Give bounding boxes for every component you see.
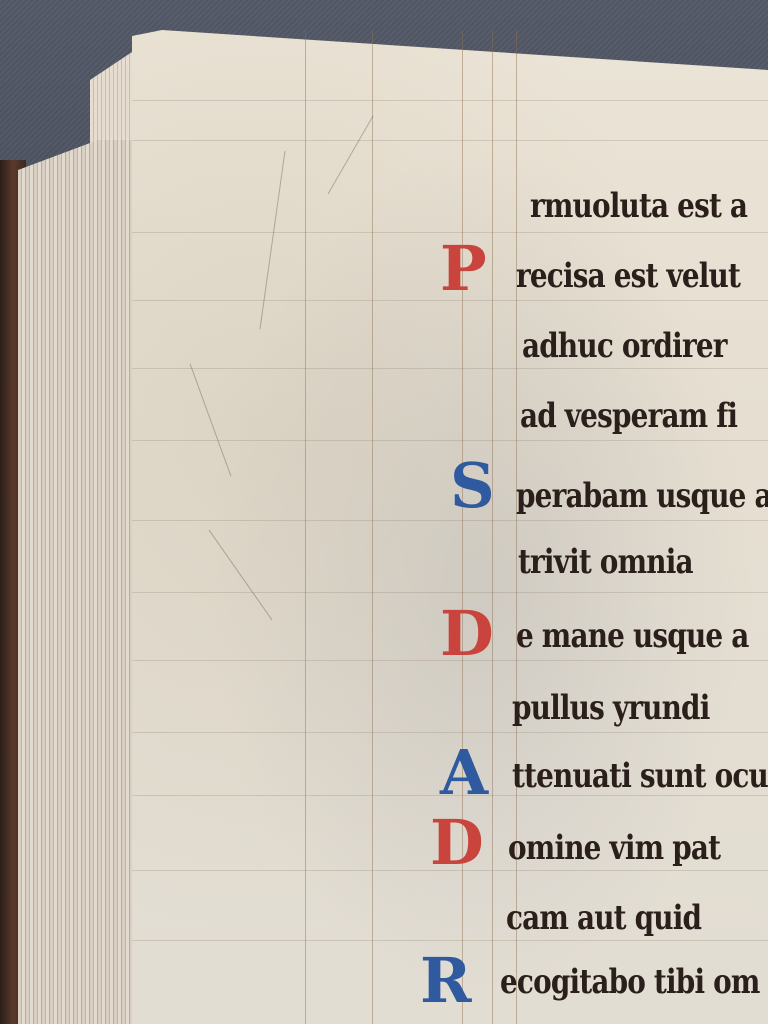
ruling-line-horizontal <box>132 368 768 369</box>
manuscript-line: pullus yrundi <box>512 688 709 728</box>
manuscript-line: e mane usque a <box>516 616 748 656</box>
ruling-line-horizontal <box>132 140 768 141</box>
manuscript-line: adhuc ordirer <box>522 326 727 366</box>
manuscript-line: recisa est velut <box>516 256 740 296</box>
decorated-initial-d: D <box>430 812 484 874</box>
manuscript-line: rmuoluta est a <box>530 186 747 226</box>
manuscript-line: ttenuati sunt ocu <box>512 756 768 796</box>
decorated-initial-p: P <box>440 238 487 300</box>
ruling-line-horizontal <box>132 100 768 101</box>
decorated-initial-r: R <box>420 950 472 1012</box>
ruling-line-horizontal <box>132 940 768 941</box>
manuscript-line: ecogitabo tibi om <box>500 962 760 1002</box>
page-edges-stack <box>18 140 138 1024</box>
decorated-initial-s: S <box>450 455 495 517</box>
ruling-line-horizontal <box>132 440 768 441</box>
decorated-initial-a: A <box>440 742 488 804</box>
manuscript-line: omine vim pat <box>508 828 720 868</box>
decorated-initial-d: D <box>440 603 494 665</box>
ruling-line-vertical <box>305 30 306 1024</box>
manuscript-line: perabam usque a <box>516 476 768 516</box>
manuscript-line: cam aut quid <box>506 898 701 938</box>
ruling-line-vertical <box>372 30 373 1024</box>
manuscript-line: trivit omnia <box>518 542 693 582</box>
ruling-line-horizontal <box>132 592 768 593</box>
ruling-line-horizontal <box>132 732 768 733</box>
ruling-line-vertical <box>516 30 517 1024</box>
manuscript-line: ad vesperam fi <box>520 396 737 436</box>
ruling-line-vertical <box>492 30 493 1024</box>
